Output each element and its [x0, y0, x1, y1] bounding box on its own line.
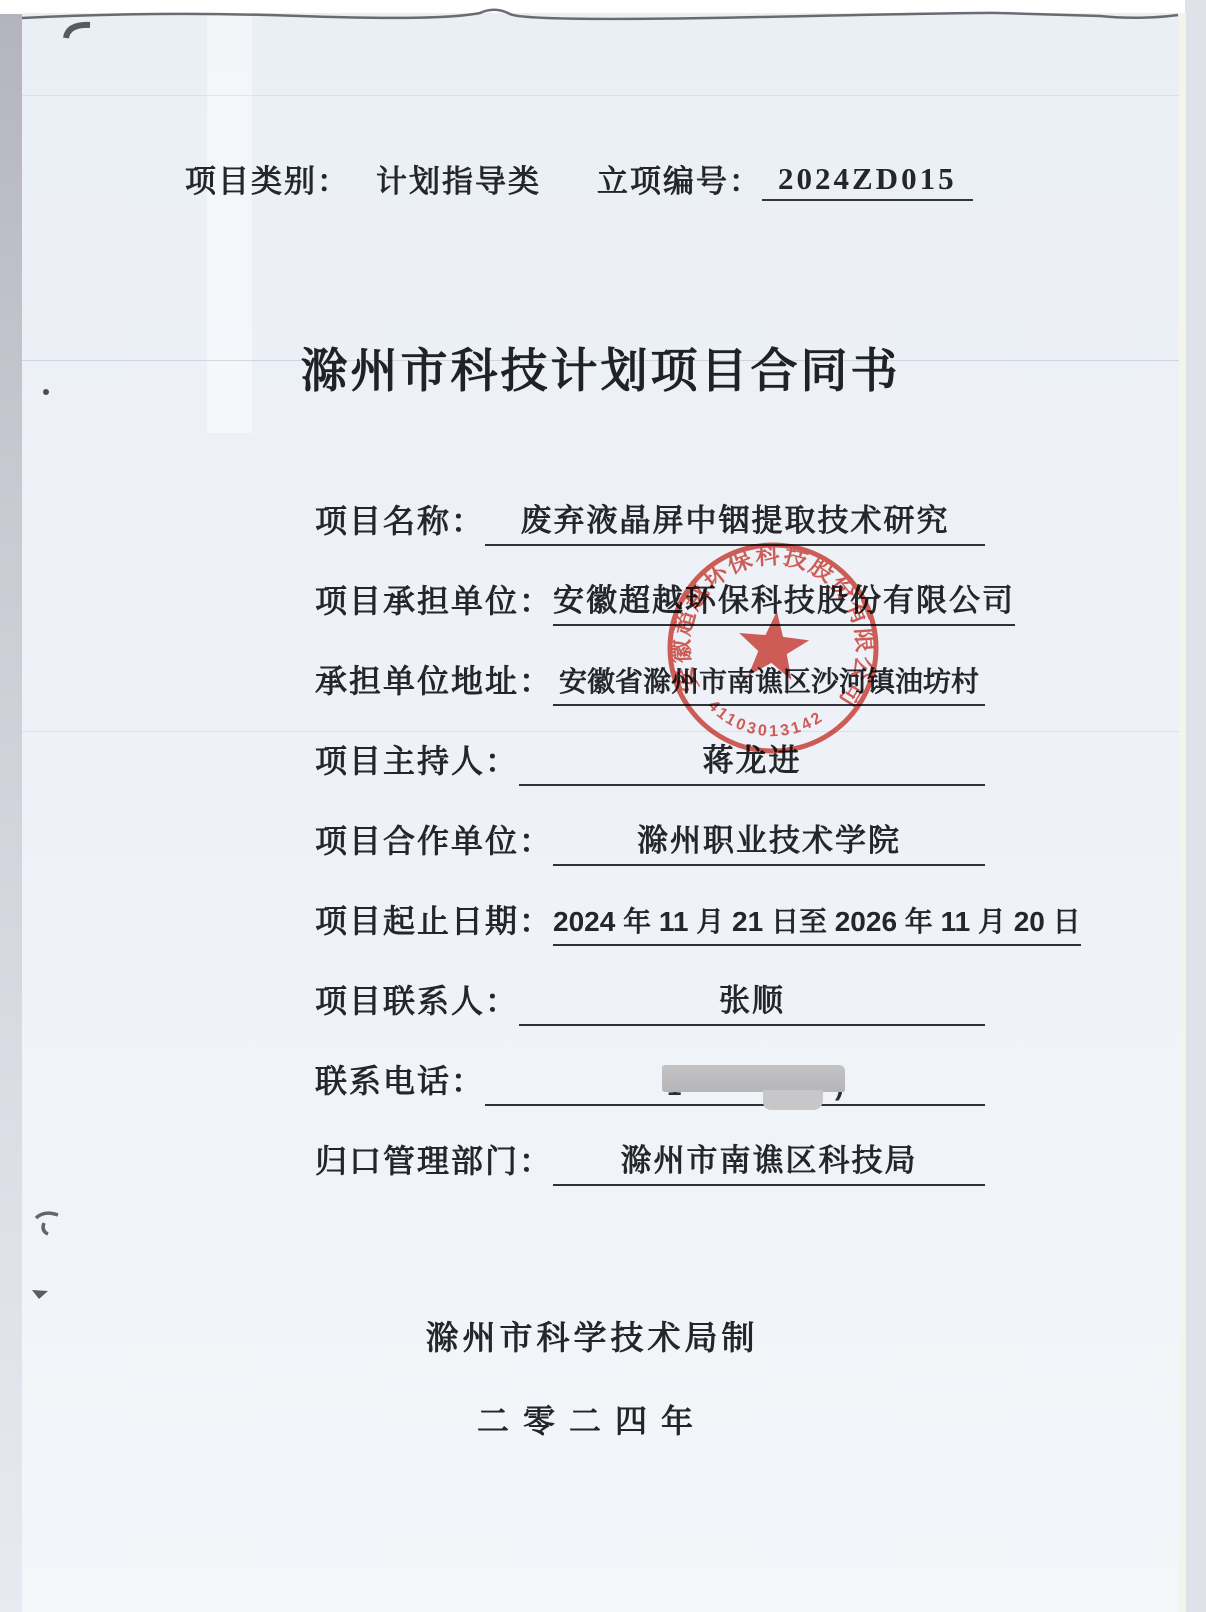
phone-redaction-blur — [662, 1065, 845, 1092]
smudge-mark — [32, 1290, 48, 1299]
smudge-mark — [36, 1213, 58, 1234]
speck-mark — [43, 389, 49, 395]
corner-fold-mark — [66, 25, 90, 38]
page-top-edge — [22, 10, 1178, 19]
contract-cover-page: 项目类别： 计划指导类 立项编号： 2024ZD015 滁州市科技计划项目合同书… — [0, 0, 1206, 1612]
scan-edge-artifacts — [0, 0, 1206, 1612]
phone-redaction-blur-tail — [763, 1090, 823, 1110]
